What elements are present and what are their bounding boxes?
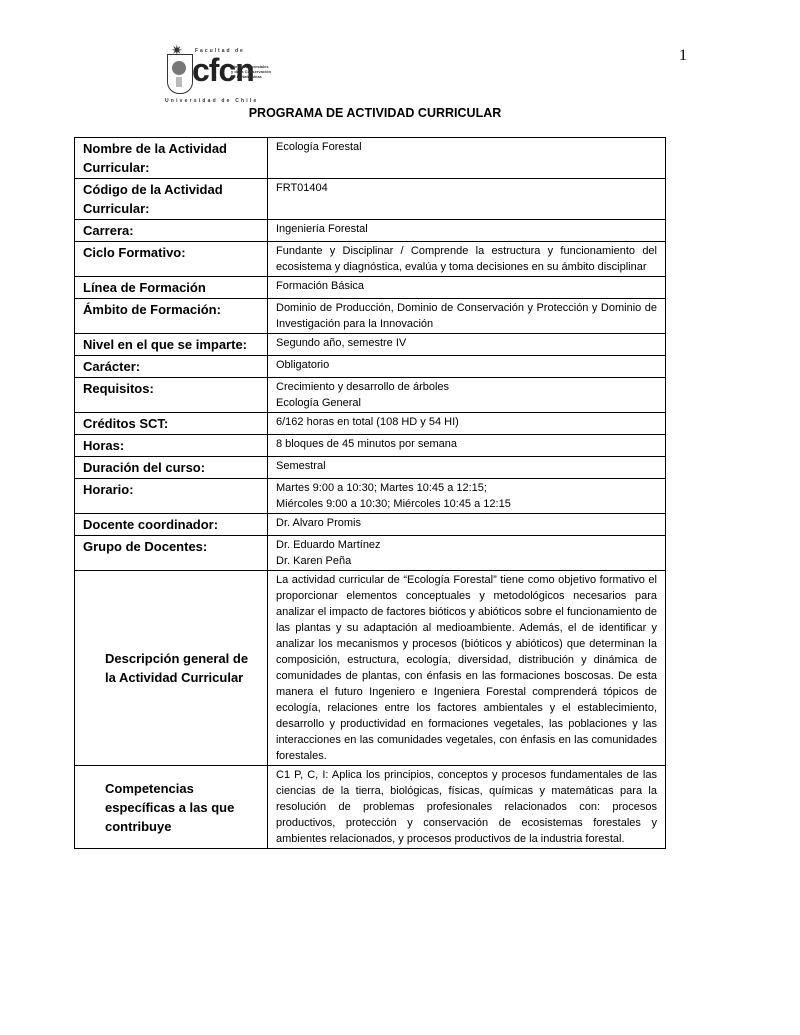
row-label: Grupo de Docentes: — [75, 536, 268, 571]
row-label: Nivel en el que se imparte: — [75, 334, 268, 356]
row-value: Ecología Forestal — [268, 138, 666, 179]
row-value: Dominio de Producción, Dominio de Conser… — [268, 299, 666, 334]
row-value-line: Segundo año, semestre IV — [276, 335, 657, 351]
shield-emblem-icon — [167, 54, 193, 94]
row-value: Fundante y Disciplinar / Comprende la es… — [268, 242, 666, 277]
row-value-line: Ingeniería Forestal — [276, 221, 657, 237]
row-value-line: FRT01404 — [276, 180, 657, 196]
row-value-line: La actividad curricular de “Ecología For… — [276, 572, 657, 764]
table-row: Requisitos:Crecimiento y desarrollo de á… — [75, 378, 666, 413]
row-value: Segundo año, semestre IV — [268, 334, 666, 356]
row-value-line: Martes 9:00 a 10:30; Martes 10:45 a 12:1… — [276, 480, 657, 496]
row-value-line: Formación Básica — [276, 278, 657, 294]
row-value-line: Crecimiento y desarrollo de árboles — [276, 379, 657, 395]
row-label: Código de la Actividad Curricular: — [75, 179, 268, 220]
row-value: C1 P, C, I: Aplica los principios, conce… — [268, 766, 666, 849]
document-title: PROGRAMA DE ACTIVIDAD CURRICULAR — [0, 106, 750, 120]
table-row: Carácter:Obligatorio — [75, 356, 666, 378]
table-row: Competencias específicas a las que contr… — [75, 766, 666, 849]
row-label: Descripción general de la Actividad Curr… — [75, 571, 268, 766]
row-value: Crecimiento y desarrollo de árbolesEcolo… — [268, 378, 666, 413]
row-value-line: Ecología General — [276, 395, 657, 411]
row-value-line: C1 P, C, I: Aplica los principios, conce… — [276, 767, 657, 847]
row-value: Ingeniería Forestal — [268, 220, 666, 242]
row-label: Carácter: — [75, 356, 268, 378]
row-label: Competencias específicas a las que contr… — [75, 766, 268, 849]
row-value-line: Dominio de Producción, Dominio de Conser… — [276, 300, 657, 332]
logo-university: Universidad de Chile — [165, 98, 258, 104]
table-row: Horas: 8 bloques de 45 minutos por seman… — [75, 435, 666, 457]
table-row: Créditos SCT:6/162 horas en total (108 H… — [75, 413, 666, 435]
row-value-line: Semestral — [276, 458, 657, 474]
row-label: Ciclo Formativo: — [75, 242, 268, 277]
row-value: Obligatorio — [268, 356, 666, 378]
row-label: Duración del curso: — [75, 457, 268, 479]
row-value-line: Dr. Eduardo Martínez — [276, 537, 657, 553]
row-label: Línea de Formación — [75, 277, 268, 299]
row-value: 8 bloques de 45 minutos por semana — [268, 435, 666, 457]
row-value-line: Dr. Alvaro Promis — [276, 515, 657, 531]
page-number: 1 — [679, 47, 687, 65]
table-row: Ciclo Formativo:Fundante y Disciplinar /… — [75, 242, 666, 277]
row-value: Formación Básica — [268, 277, 666, 299]
row-label: Docente coordinador: — [75, 514, 268, 536]
logo-tagline: Ciencias Forestales y de la Conservación… — [231, 64, 271, 79]
row-value: Semestral — [268, 457, 666, 479]
table-row: Horario:Martes 9:00 a 10:30; Martes 10:4… — [75, 479, 666, 514]
row-value-line: 6/162 horas en total (108 HD y 54 HI) — [276, 414, 657, 430]
table-row: Código de la Actividad Curricular:FRT014… — [75, 179, 666, 220]
row-label: Carrera: — [75, 220, 268, 242]
table-row: Nombre de la Actividad Curricular:Ecolog… — [75, 138, 666, 179]
table-row: Carrera:Ingeniería Forestal — [75, 220, 666, 242]
row-value-line: Obligatorio — [276, 357, 657, 373]
row-value-line: 8 bloques de 45 minutos por semana — [276, 436, 657, 452]
row-label: Horario: — [75, 479, 268, 514]
table-row: Ámbito de Formación:Dominio de Producció… — [75, 299, 666, 334]
program-table: Nombre de la Actividad Curricular:Ecolog… — [74, 137, 666, 849]
table-row: Descripción general de la Actividad Curr… — [75, 571, 666, 766]
row-value: Dr. Eduardo MartínezDr. Karen Peña — [268, 536, 666, 571]
row-value-line: Dr. Karen Peña — [276, 553, 657, 569]
row-value: FRT01404 — [268, 179, 666, 220]
row-value: 6/162 horas en total (108 HD y 54 HI) — [268, 413, 666, 435]
row-label: Ámbito de Formación: — [75, 299, 268, 334]
row-value: Dr. Alvaro Promis — [268, 514, 666, 536]
table-row: Nivel en el que se imparte:Segundo año, … — [75, 334, 666, 356]
row-value: La actividad curricular de “Ecología For… — [268, 571, 666, 766]
row-value-line: Ecología Forestal — [276, 139, 657, 155]
table-row: Línea de FormaciónFormación Básica — [75, 277, 666, 299]
row-value-line: Miércoles 9:00 a 10:30; Miércoles 10:45 … — [276, 496, 657, 512]
row-value-line: Fundante y Disciplinar / Comprende la es… — [276, 243, 657, 275]
row-label: Horas: — [75, 435, 268, 457]
row-label: Nombre de la Actividad Curricular: — [75, 138, 268, 179]
table-row: Grupo de Docentes:Dr. Eduardo MartínezDr… — [75, 536, 666, 571]
row-label: Créditos SCT: — [75, 413, 268, 435]
row-label: Requisitos: — [75, 378, 268, 413]
table-row: Duración del curso:Semestral — [75, 457, 666, 479]
faculty-logo: ✷ Facultad de cfcn Ciencias Forestales y… — [165, 44, 265, 108]
table-row: Docente coordinador:Dr. Alvaro Promis — [75, 514, 666, 536]
row-value: Martes 9:00 a 10:30; Martes 10:45 a 12:1… — [268, 479, 666, 514]
